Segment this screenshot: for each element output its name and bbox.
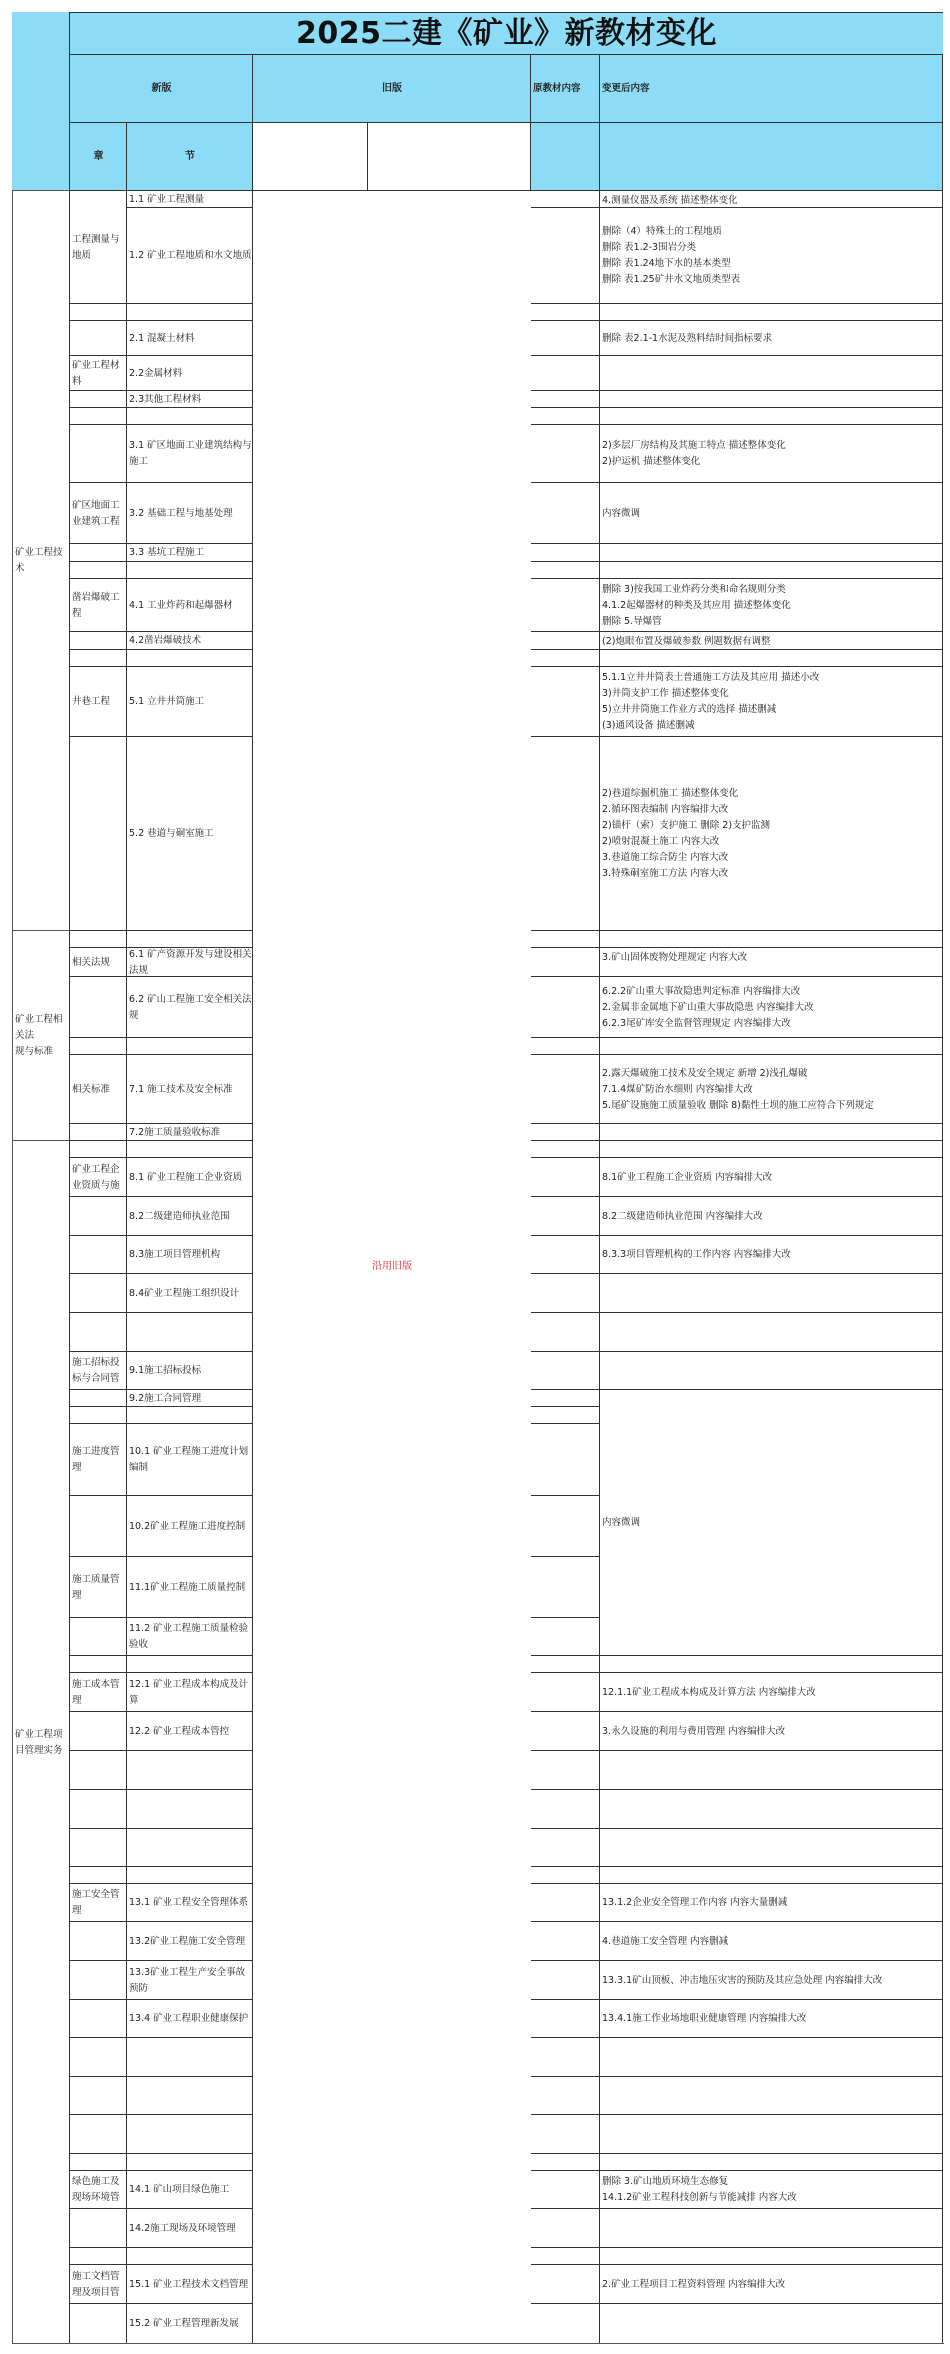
chapter-label: 井巷工程 [72,694,110,710]
changed-content-cell [599,1140,943,1158]
section-cell: 8.3施工项目管理机构 [126,1235,253,1274]
chapter-cell: 施工文档管理及项目管 [69,2264,127,2304]
section-cell [126,2247,253,2265]
section-cell: 2.3其他工程材料 [126,390,253,408]
part-label: 矿业工程相关法 规与标准 [15,1012,70,1060]
section-cell: 7.2施工质量验收标准 [126,1123,253,1141]
chapter-cell: 凿岩爆破工程 [69,578,127,632]
original-content-cell [530,2264,600,2304]
chapter-cell: 施工成本管理 [69,1672,127,1712]
changed-content-cell: 3.永久设施的利用与费用管理 内容编排大改 [599,1711,943,1751]
section-cell: 15.2 矿业工程管理新发展 [126,2303,253,2344]
header-original-content: 原教材内容 [530,54,600,123]
change-line: 3.永久设施的利用与费用管理 内容编排大改 [602,1724,940,1740]
header-chapter: 章 [69,122,127,191]
section-label: 3.1 矿区地面工业建筑结构与施工 [129,438,253,470]
changed-content-cell: 2.露天爆破施工技术及安全规定 新增 2)浅孔爆破7.1.4煤矿防治水细则 内容… [599,1054,943,1124]
original-content-cell [530,1037,600,1055]
chapter-label: 施工安全管理 [72,1887,127,1919]
section-cell: 2.2金属材料 [126,355,253,391]
part-label: 矿业工程项目管理实务 [15,1727,70,1759]
changed-content-cell [599,2153,943,2171]
changed-content-cell [599,930,943,948]
section-cell: 13.2矿业工程施工安全管理 [126,1921,253,1961]
change-line: 删除 表1.24地下水的基本类型 [602,256,940,272]
header-original-blank [530,122,600,191]
changed-content-cell: 13.1.2企业安全管理工作内容 内容大量删减 [599,1883,943,1922]
section-cell: 3.3 基坑工程施工 [126,543,253,562]
original-content-cell [530,2208,600,2248]
original-content-cell [530,2114,600,2154]
original-content-cell [530,190,600,208]
chapter-cell [69,2303,127,2344]
change-line: 2.露天爆破施工技术及安全规定 新增 2)浅孔爆破 [602,1066,940,1082]
section-cell: 1.2 矿业工程地质和水文地质 [126,207,253,304]
chapter-cell [69,1999,127,2038]
chapter-cell: 相关法规 [69,947,127,977]
chapter-cell [69,1273,127,1313]
change-line: 3.矿山固体废物处理规定 内容大改 [602,950,940,966]
change-line: 7.1.4煤矿防治水细则 内容编排大改 [602,1082,940,1098]
chapter-cell [69,320,127,356]
chapter-cell [69,2076,127,2115]
section-label: 13.2矿业工程施工安全管理 [129,1934,245,1950]
chapter-cell [69,930,127,948]
original-content-cell [530,578,600,632]
section-cell [126,1866,253,1884]
change-line: 14.1.2矿业工程科技创新与节能减排 内容大改 [602,2190,940,2206]
original-content-cell [530,1789,600,1829]
chapter-label: 施工文档管理及项目管 [72,2269,127,2301]
header-old-blank-1 [252,122,368,191]
section-label: 2.1 混凝土材料 [129,331,195,347]
original-content-cell [530,1883,600,1922]
chapter-cell [69,1235,127,1274]
changed-content-cell [599,649,943,667]
chapter-label: 施工成本管理 [72,1677,127,1709]
changed-content-cell [599,1351,943,1390]
changed-content-cell: 删除 3)按我国工业炸药分类和命名规则分类4.1.2起爆器材的种类及其应用 描述… [599,578,943,632]
change-line: 12.1.1矿业工程成本构成及计算方法 内容编排大改 [602,1685,940,1701]
original-content-cell [530,207,600,304]
section-label: 8.2二级建造师执业范围 [129,1209,230,1225]
header-changed-content: 变更后内容 [599,54,943,123]
chapter-label: 施工质量管理 [72,1572,127,1604]
original-content-cell [530,666,600,737]
part-cell: 矿业工程相关法 规与标准 [12,930,70,1141]
original-content-cell [530,1556,600,1618]
changed-content-cell [599,1037,943,1055]
change-line: 4.1.2起爆器材的种类及其应用 描述整体变化 [602,598,940,614]
section-label: 12.2 矿业工程成本管控 [129,1724,229,1740]
section-cell [126,1406,253,1424]
change-line: 3.特殊硐室施工方法 内容大改 [602,866,940,882]
changed-content-cell: 6.2.2矿山重大事故隐患判定标准 内容编排大改2.金属非金属地下矿山重大事故隐… [599,976,943,1038]
section-label: 8.4矿业工程施工组织设计 [129,1286,239,1302]
change-line: 删除 表1.2-3围岩分类 [602,240,940,256]
chapter-cell: 施工安全管理 [69,1883,127,1922]
change-line: 8.3.3项目管理机构的工作内容 内容编排大改 [602,1247,940,1263]
section-label: 3.2 基础工程与地基处理 [129,506,233,522]
change-line: 13.3.1矿山顶板、冲击地压灾害的预防及其应急处理 内容编排大改 [602,1973,940,1989]
table-bottom-border [12,2343,944,2344]
section-cell: 1.1 矿业工程测量 [126,190,253,208]
original-content-cell [530,1999,600,2038]
section-label: 9.1施工招标投标 [129,1363,201,1379]
changed-content-cell: 8.1矿业工程施工企业资质 内容编排大改 [599,1157,943,1197]
change-line: 内容微调 [602,506,940,522]
chapter-cell: 绿色施工及现场环境管 [69,2170,127,2209]
chapter-cell [69,303,127,321]
original-content-cell [530,2037,600,2077]
section-cell [126,1655,253,1673]
original-content-cell [530,1921,600,1961]
original-content-cell [530,561,600,579]
old-edition-note: 沿用旧版 [372,1259,412,1275]
original-content-cell [530,1495,600,1557]
chapter-label: 施工招标投标与合同管 [72,1355,127,1387]
changed-content-cell [599,1750,943,1790]
original-content-cell [530,1828,600,1867]
section-cell: 2.1 混凝土材料 [126,320,253,356]
section-label: 13.1 矿业工程安全管理体系 [129,1895,248,1911]
chapter-cell [69,1123,127,1141]
chapter-label: 相关标准 [72,1082,110,1098]
chapter-cell: 矿业工程材料 [69,355,127,391]
chapter-label: 矿业工程材料 [72,358,127,390]
section-cell [126,649,253,667]
chapter-cell: 施工进度管理 [69,1423,127,1496]
section-label: 2.3其他工程材料 [129,392,201,408]
changed-content-cell: 2.矿业工程项目工程资料管理 内容编排大改 [599,2264,943,2304]
section-cell: 15.1 矿业工程技术文档管理 [126,2264,253,2304]
original-content-cell [530,1423,600,1496]
change-line: 6.2.2矿山重大事故隐患判定标准 内容编排大改 [602,984,940,1000]
change-line: (3)通风设备 描述删减 [602,718,940,734]
original-content-cell [530,303,600,321]
original-content-cell [530,631,600,650]
original-content-cell [530,407,600,425]
changed-content-cell: 13.3.1矿山顶板、冲击地压灾害的预防及其应急处理 内容编排大改 [599,1960,943,2000]
part-cell: 矿业工程技术 [12,190,70,931]
change-line: 2)锚杆（索）支护施工 删除 2)支护监测 [602,818,940,834]
change-line: 2)喷射混凝土施工 内容大改 [602,834,940,850]
chapter-label: 凿岩爆破工程 [72,590,127,622]
changed-content-cell: (2)炮眼布置及爆破参数 例题数据有调整 [599,631,943,650]
chapter-cell [69,1037,127,1055]
section-cell [126,1750,253,1790]
change-line: 4.测量仪器及系统 描述整体变化 [602,193,940,208]
chapter-cell: 矿区地面工业建筑工程 [69,482,127,544]
chapter-label: 施工进度管理 [72,1444,127,1476]
change-line: 8.2二级建造师执业范围 内容编排大改 [602,1209,940,1225]
chapter-cell: 相关标准 [69,1054,127,1124]
section-label: 14.2施工现场及环境管理 [129,2221,236,2237]
chapter-label: 相关法规 [72,955,110,971]
original-content-cell [530,2153,600,2171]
chapter-cell [69,1789,127,1829]
chapter-cell [69,2247,127,2265]
chapter-label: 矿业工程企业资质与施 [72,1162,127,1194]
chapter-cell [69,1495,127,1557]
original-content-cell [530,1196,600,1236]
section-cell: 10.1 矿业工程施工进度计划编制 [126,1423,253,1496]
section-label: 11.1矿业工程施工质量控制 [129,1580,245,1596]
original-content-cell [530,930,600,948]
section-label: 6.1 矿产资源开发与建设相关法规 [129,947,253,977]
section-cell [126,303,253,321]
section-label: 10.2矿业工程施工进度控制 [129,1519,245,1535]
section-label: 9.2施工合同管理 [129,1391,201,1407]
original-content-cell [530,2076,600,2115]
header-part-column [12,12,70,190]
changed-content-cell [599,1828,943,1867]
comparison-sheet: 2025二建《矿业》新教材变化 新版 旧版 原教材内容 变更后内容 章 节 矿业… [0,0,950,2354]
chapter-cell: 施工质量管理 [69,1556,127,1618]
original-content-cell [530,1312,600,1352]
chapter-cell [69,1140,127,1158]
header-section: 节 [126,122,253,191]
change-line: 删除 3.矿山地质环境生态修复 [602,2174,940,2190]
change-line: 5.尾矿设施施工质量验收 删除 8)黏性土坝的施工应符合下列规定 [602,1098,940,1114]
changed-content-cell [599,1866,943,1884]
changed-content-cell: 2)巷道综掘机施工 描述整体变化2.循环图表编制 内容编排大改2)锚杆（索）支护… [599,736,943,931]
chapter-label: 绿色施工及现场环境管 [72,2174,127,2206]
section-cell: 6.1 矿产资源开发与建设相关法规 [126,947,253,977]
chapter-cell [69,1196,127,1236]
changed-content-cell [599,2247,943,2265]
change-line: 5.1.1立井井筒表土普通施工方法及其应用 描述小改 [602,670,940,686]
section-cell: 7.1 施工技术及安全标准 [126,1054,253,1124]
chapter-cell [69,2114,127,2154]
change-line: 13.4.1施工作业场地职业健康管理 内容编排大改 [602,2011,940,2027]
section-cell: 3.1 矿区地面工业建筑结构与施工 [126,424,253,483]
section-cell: 13.4 矿业工程职业健康保护 [126,1999,253,2038]
section-label: 11.2 矿业工程施工质量检验验收 [129,1621,253,1653]
chapter-cell [69,1389,127,1407]
change-line: 2)巷道综掘机施工 描述整体变化 [602,786,940,802]
original-content-cell [530,1617,600,1656]
change-line: 2.循环图表编制 内容编排大改 [602,802,940,818]
chapter-cell [69,1312,127,1352]
change-line: 2.金属非金属地下矿山重大事故隐患 内容编排大改 [602,1000,940,1016]
change-line: 13.1.2企业安全管理工作内容 内容大量删减 [602,1895,940,1911]
section-cell [126,1037,253,1055]
change-line: 2.矿业工程项目工程资料管理 内容编排大改 [602,2277,940,2293]
section-cell: 5.2 巷道与硐室施工 [126,736,253,931]
section-cell: 14.2施工现场及环境管理 [126,2208,253,2248]
section-label: 7.1 施工技术及安全标准 [129,1082,233,1098]
chapter-cell [69,1866,127,1884]
change-line: 3.巷道施工综合防尘 内容大改 [602,850,940,866]
header-old-edition: 旧版 [252,54,531,123]
chapter-cell: 工程测量与地质 [69,190,127,304]
original-content-cell [530,1960,600,2000]
section-label: 1.2 矿业工程地质和水文地质 [129,248,252,264]
section-label: 10.1 矿业工程施工进度计划编制 [129,1444,253,1476]
original-content-cell [530,1655,600,1673]
section-cell: 11.2 矿业工程施工质量检验验收 [126,1617,253,1656]
original-content-cell [530,1273,600,1313]
original-content-cell [530,390,600,408]
section-cell [126,1828,253,1867]
changed-content-cell: 4.测量仪器及系统 描述整体变化 [599,190,943,208]
original-content-cell [530,1866,600,1884]
chapter-cell [69,1828,127,1867]
change-line: 删除 3)按我国工业炸药分类和命名规则分类 [602,582,940,598]
section-cell: 14.1 矿山项目绿色施工 [126,2170,253,2209]
chapter-cell [69,1406,127,1424]
change-line: 内容微调 [602,1515,640,1531]
change-line: 2)多层厂房结构及其施工特点 描述整体变化 [602,438,940,454]
chapter-cell [69,649,127,667]
change-line: 8.1矿业工程施工企业资质 内容编排大改 [602,1170,940,1186]
chapter-cell: 施工招标投标与合同管 [69,1351,127,1390]
section-label: 1.1 矿业工程测量 [129,192,204,208]
changed-content-cell [599,561,943,579]
section-cell: 9.1施工招标投标 [126,1351,253,1390]
original-content-cell [530,482,600,544]
section-cell: 8.4矿业工程施工组织设计 [126,1273,253,1313]
chapter-cell [69,1655,127,1673]
section-label: 2.2金属材料 [129,366,182,382]
changed-content-cell [599,2208,943,2248]
original-content-cell [530,1750,600,1790]
section-cell: 6.2 矿山工程施工安全相关法规 [126,976,253,1038]
change-line: 删除（4）特殊土的工程地质 [602,224,940,240]
section-label: 7.2施工质量验收标准 [129,1125,220,1141]
changed-content-cell: 删除（4）特殊土的工程地质删除 表1.2-3围岩分类删除 表1.24地下水的基本… [599,207,943,304]
section-cell [126,2114,253,2154]
section-label: 13.3矿业工程生产安全事故预防 [129,1965,253,1997]
original-content-cell [530,1406,600,1424]
original-content-cell [530,2170,600,2209]
chapter-cell: 矿业工程企业资质与施 [69,1157,127,1197]
section-cell [126,1312,253,1352]
chapter-cell [69,1960,127,2000]
section-label: 8.3施工项目管理机构 [129,1247,220,1263]
section-label: 4.1 工业炸药和起爆器材 [129,598,233,614]
chapter-cell [69,631,127,650]
changed-content-cell [599,1273,943,1313]
page-title: 2025二建《矿业》新教材变化 [69,12,943,55]
chapter-cell [69,2208,127,2248]
changed-content-cell [599,303,943,321]
change-line: 删除 表1.25矿井水文地质类型表 [602,272,940,288]
part-cell: 矿业工程项目管理实务 [12,1140,70,2344]
changed-content-cell: 5.1.1立井井筒表土普通施工方法及其应用 描述小改3)井筒支护工作 描述整体变… [599,666,943,737]
chapter-cell [69,561,127,579]
original-content-cell [530,543,600,562]
original-content-cell [530,320,600,356]
section-cell: 12.2 矿业工程成本管控 [126,1711,253,1751]
section-cell: 3.2 基础工程与地基处理 [126,482,253,544]
changed-content-cell [599,2037,943,2077]
section-label: 6.2 矿山工程施工安全相关法规 [129,992,253,1024]
original-content-cell [530,1672,600,1712]
chapter-label: 工程测量与地质 [72,232,127,264]
changed-content-cell [599,1655,943,1673]
header-changed-blank [599,122,943,191]
change-line: 删除 表2.1-1水泥及熟料结时间指标要求 [602,331,940,347]
original-content-cell [530,1351,600,1390]
chapter-cell [69,424,127,483]
section-label: 4.2凿岩爆破技术 [129,633,201,649]
section-cell: 5.1 立井井筒施工 [126,666,253,737]
section-cell: 12.1 矿业工程成本构成及计算 [126,1672,253,1712]
chapter-cell: 井巷工程 [69,666,127,737]
section-label: 3.3 基坑工程施工 [129,545,204,561]
changed-content-cell [599,390,943,408]
change-line: 3)井筒支护工作 描述整体变化 [602,686,940,702]
changed-content-cell: 3.矿山固体废物处理规定 内容大改 [599,947,943,977]
old-edition-merged-cell: 沿用旧版 [252,190,531,2343]
change-line: 5)立井井筒施工作业方式的选择 描述删减 [602,702,940,718]
section-cell [126,2153,253,2171]
chapter-cell [69,976,127,1038]
section-cell: 9.2施工合同管理 [126,1389,253,1407]
section-cell: 10.2矿业工程施工进度控制 [126,1495,253,1557]
chapter-cell [69,1750,127,1790]
changed-content-cell [599,2114,943,2154]
original-content-cell [530,1235,600,1274]
changed-content-cell [599,1789,943,1829]
section-cell: 8.1 矿业工程施工企业资质 [126,1157,253,1197]
changed-content-cell: 12.1.1矿业工程成本构成及计算方法 内容编排大改 [599,1672,943,1712]
changed-content-cell: 4.巷道施工安全管理 内容删减 [599,1921,943,1961]
chapter-cell [69,407,127,425]
change-line: 6.2.3尾矿库安全监督管理规定 内容编排大改 [602,1016,940,1032]
original-content-cell [530,1711,600,1751]
original-content-cell [530,424,600,483]
original-content-cell [530,1157,600,1197]
section-cell [126,407,253,425]
chapter-cell [69,1617,127,1656]
changed-content-cell: 13.4.1施工作业场地职业健康管理 内容编排大改 [599,1999,943,2038]
section-cell: 13.1 矿业工程安全管理体系 [126,1883,253,1922]
chapter-cell [69,736,127,931]
changed-content-cell [599,2076,943,2115]
section-cell: 13.3矿业工程生产安全事故预防 [126,1960,253,2000]
section-label: 14.1 矿山项目绿色施工 [129,2182,229,2198]
original-content-cell [530,1123,600,1141]
changed-content-cell [599,1312,943,1352]
section-label: 15.1 矿业工程技术文档管理 [129,2277,248,2293]
original-content-cell [530,2247,600,2265]
header-old-blank-2 [367,122,531,191]
chapter-cell [69,1711,127,1751]
original-content-cell [530,976,600,1038]
chapter-cell [69,1921,127,1961]
original-content-cell [530,947,600,977]
section-cell [126,561,253,579]
original-content-cell [530,2303,600,2344]
section-cell [126,2037,253,2077]
chapter-cell [69,543,127,562]
changed-content-cell [599,543,943,562]
section-label: 5.1 立井井筒施工 [129,694,204,710]
change-line: (2)炮眼布置及爆破参数 例题数据有调整 [602,634,940,650]
change-line: 2)护运机 描述整体变化 [602,454,940,470]
original-content-cell [530,1140,600,1158]
section-cell: 4.2凿岩爆破技术 [126,631,253,650]
changed-content-cell: 2)多层厂房结构及其施工特点 描述整体变化2)护运机 描述整体变化 [599,424,943,483]
chapter-cell [69,390,127,408]
chapter-cell [69,2037,127,2077]
section-label: 15.2 矿业工程管理新发展 [129,2316,239,2332]
section-label: 5.2 巷道与硐室施工 [129,826,214,842]
chapter-cell [69,2153,127,2171]
